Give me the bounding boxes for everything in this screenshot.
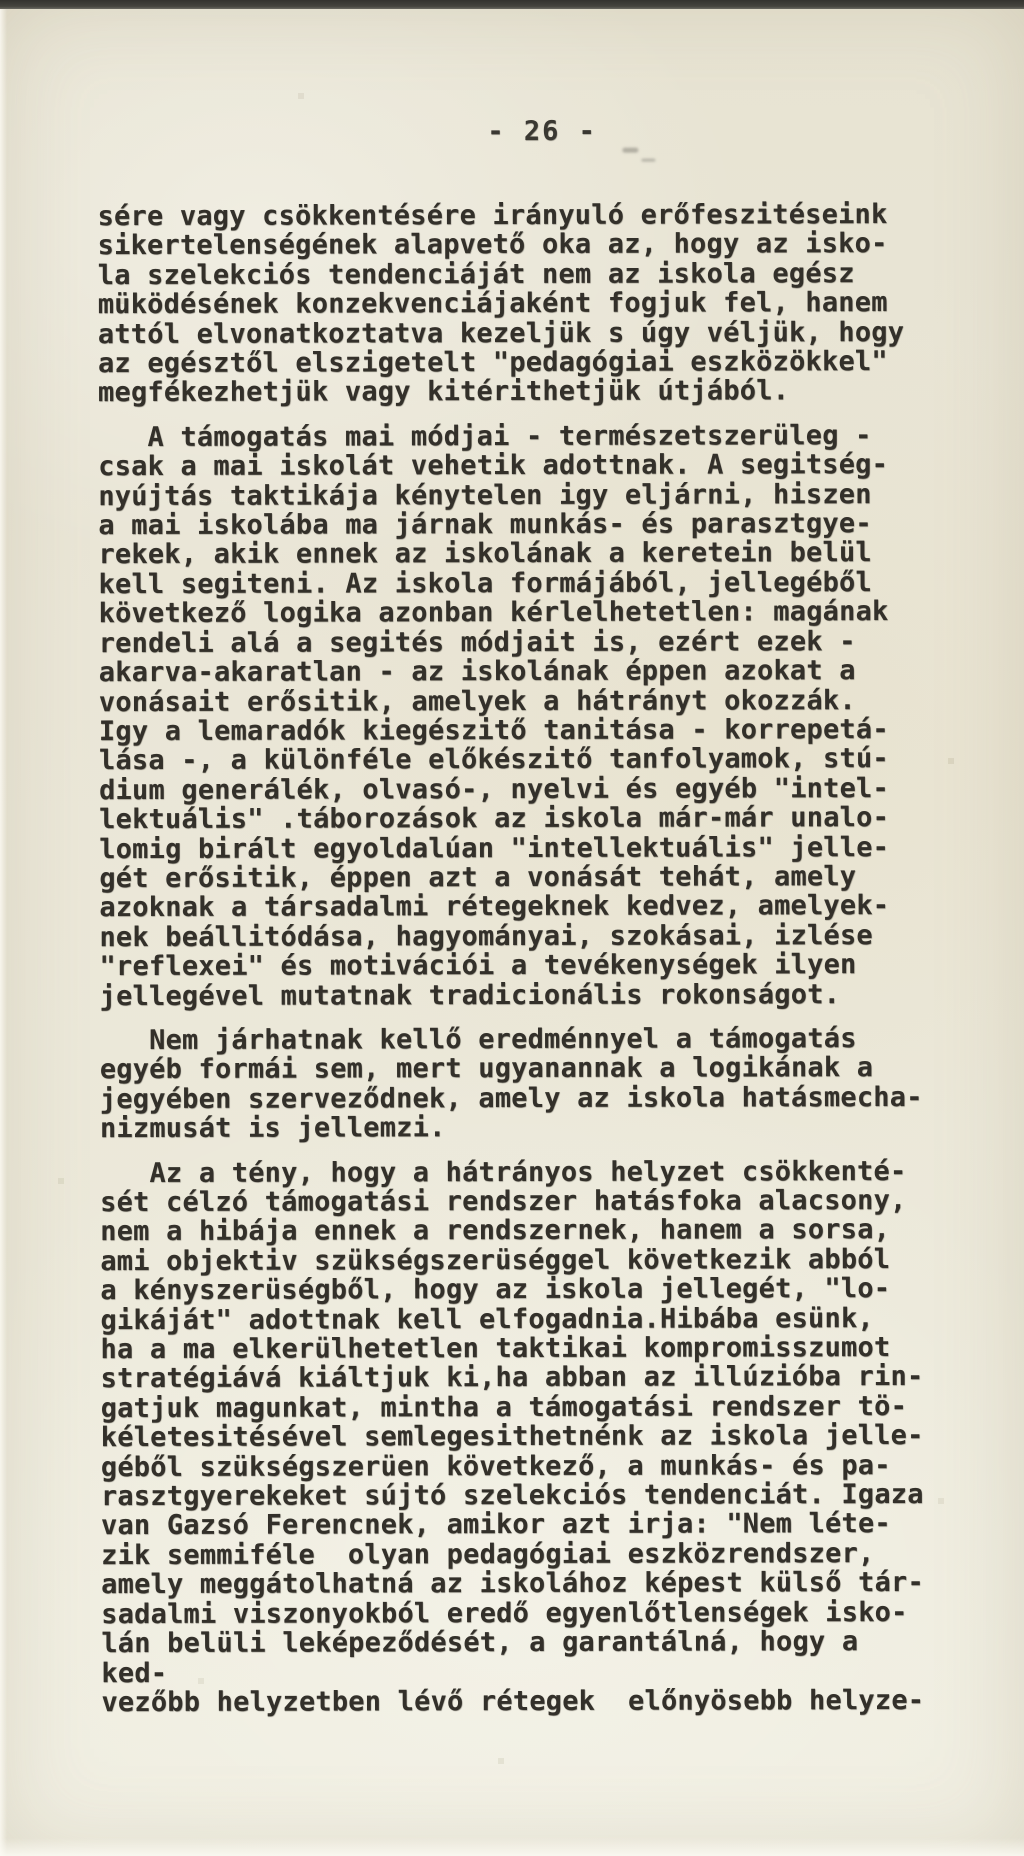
paragraph: A támogatás mai módjai - természetszerül… — [98, 421, 930, 1011]
paragraph: Az a tény, hogy a hátrányos helyzet csök… — [100, 1157, 931, 1718]
paragraph: sére vagy csökkentésére irányuló erőfesz… — [98, 200, 929, 408]
page-number: - 26 - — [487, 116, 597, 147]
scanned-page: - 26 - sére vagy csökkentésére irányuló … — [0, 0, 1024, 1856]
ink-smudge — [620, 146, 660, 168]
page-text: sére vagy csökkentésére irányuló erőfesz… — [98, 200, 932, 1717]
paragraph: Nem járhatnak kellő eredménnyel a támoga… — [100, 1024, 930, 1144]
page-content: - 26 - sére vagy csökkentésére irányuló … — [0, 0, 1024, 1856]
